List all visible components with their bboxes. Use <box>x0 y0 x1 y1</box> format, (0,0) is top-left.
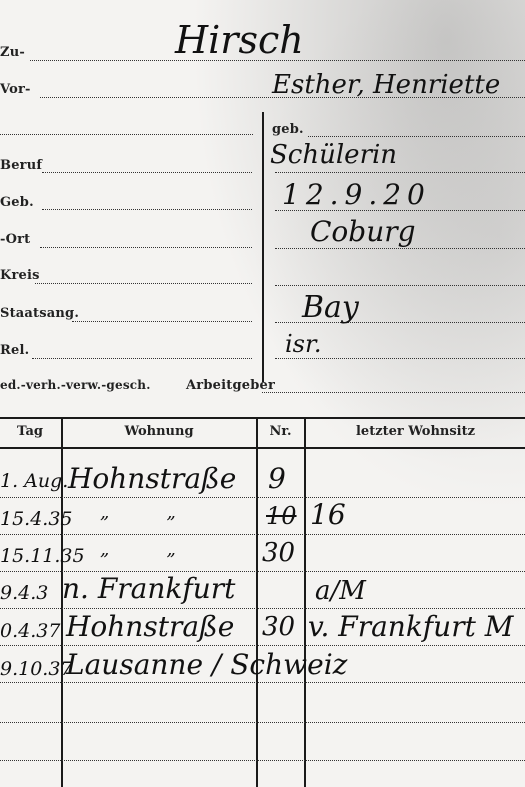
cell-nr: 9 <box>268 462 286 495</box>
table-top-border <box>0 417 525 419</box>
cell-letzter: v. Frankfurt M <box>308 610 513 643</box>
row-rule <box>0 645 525 646</box>
cell-wohnung: n. Frankfurt <box>62 572 235 605</box>
row-rule <box>0 682 525 683</box>
header-nr: Nr. <box>257 424 304 439</box>
occupation-label: Beruf <box>0 158 42 173</box>
birthplace-value: Coburg <box>310 215 416 248</box>
cell-tag: 15.4.35 <box>0 508 73 530</box>
birthplace-label: -Ort <box>0 232 30 247</box>
marital-status-label: ed.-verh.-verw.-gesch. <box>0 378 151 392</box>
religion-line-left <box>32 358 252 359</box>
citizenship-value: Bay <box>302 290 359 325</box>
cell-wohnung: „ „ <box>100 502 176 523</box>
cell-tag: 15.11.35 <box>0 545 85 567</box>
district-label: Kreis <box>0 268 40 283</box>
maiden-name-line <box>308 136 525 137</box>
cell-tag: 0.4.37 <box>0 620 60 642</box>
citizenship-label: Staatsang. <box>0 306 79 321</box>
given-name-label: Vor- <box>0 82 31 97</box>
cell-tag: 1. Aug. <box>0 470 68 492</box>
row-rule <box>0 760 525 761</box>
cell-nr: 30 <box>262 612 295 642</box>
cell-wohnung: Hohnstraße <box>66 610 234 643</box>
birthplace-line-left <box>40 247 252 248</box>
row-rule <box>0 497 525 498</box>
cell-tag: 9.10.37 <box>0 658 73 680</box>
birthdate-value: 12.9.20 <box>282 178 431 211</box>
cell-wohnung: Lausanne / Schweiz <box>66 648 347 681</box>
table-header-border <box>0 447 525 449</box>
row-rule <box>0 722 525 723</box>
district-line-left <box>35 283 252 284</box>
birthdate-line-left <box>42 209 252 210</box>
col-divider-nr <box>304 417 306 787</box>
birthplace-line-right <box>275 248 525 249</box>
employer-line <box>262 392 525 393</box>
religion-line-right <box>275 358 525 359</box>
cell-tag: 9.4.3 <box>0 582 48 604</box>
maiden-name-label: geb. <box>272 122 304 137</box>
religion-label: Rel. <box>0 343 29 358</box>
birthdate-label: Geb. <box>0 195 34 210</box>
religion-value: isr. <box>285 330 321 358</box>
cell-nr: 16 <box>310 498 346 531</box>
header-letzter-wohnsitz: letzter Wohnsitz <box>306 424 525 439</box>
occupation-value: Schülerin <box>270 140 397 170</box>
blank-line <box>0 134 253 135</box>
header-wohnung: Wohnung <box>62 424 256 439</box>
form-divider <box>262 112 264 382</box>
occupation-line-left <box>42 172 252 173</box>
citizenship-line-left <box>72 321 252 322</box>
cell-letzter: a/M <box>315 576 366 606</box>
given-name-value: Esther, Henriette <box>272 70 500 100</box>
row-rule <box>0 534 525 535</box>
row-rule <box>0 608 525 609</box>
col-divider-wohnung <box>256 417 258 787</box>
surname-value: Hirsch <box>175 18 304 62</box>
header-tag: Tag <box>0 424 60 439</box>
occupation-line-right <box>275 172 525 173</box>
cell-wohnung: Hohnstraße <box>68 462 236 495</box>
employer-label: Arbeitgeber <box>186 378 275 393</box>
district-line-right <box>275 285 525 286</box>
cell-nr: 30 <box>262 538 295 568</box>
cell-nr-struck: 10 <box>266 502 297 530</box>
cell-wohnung: „ „ <box>100 539 176 560</box>
surname-label: Zu- <box>0 45 25 60</box>
